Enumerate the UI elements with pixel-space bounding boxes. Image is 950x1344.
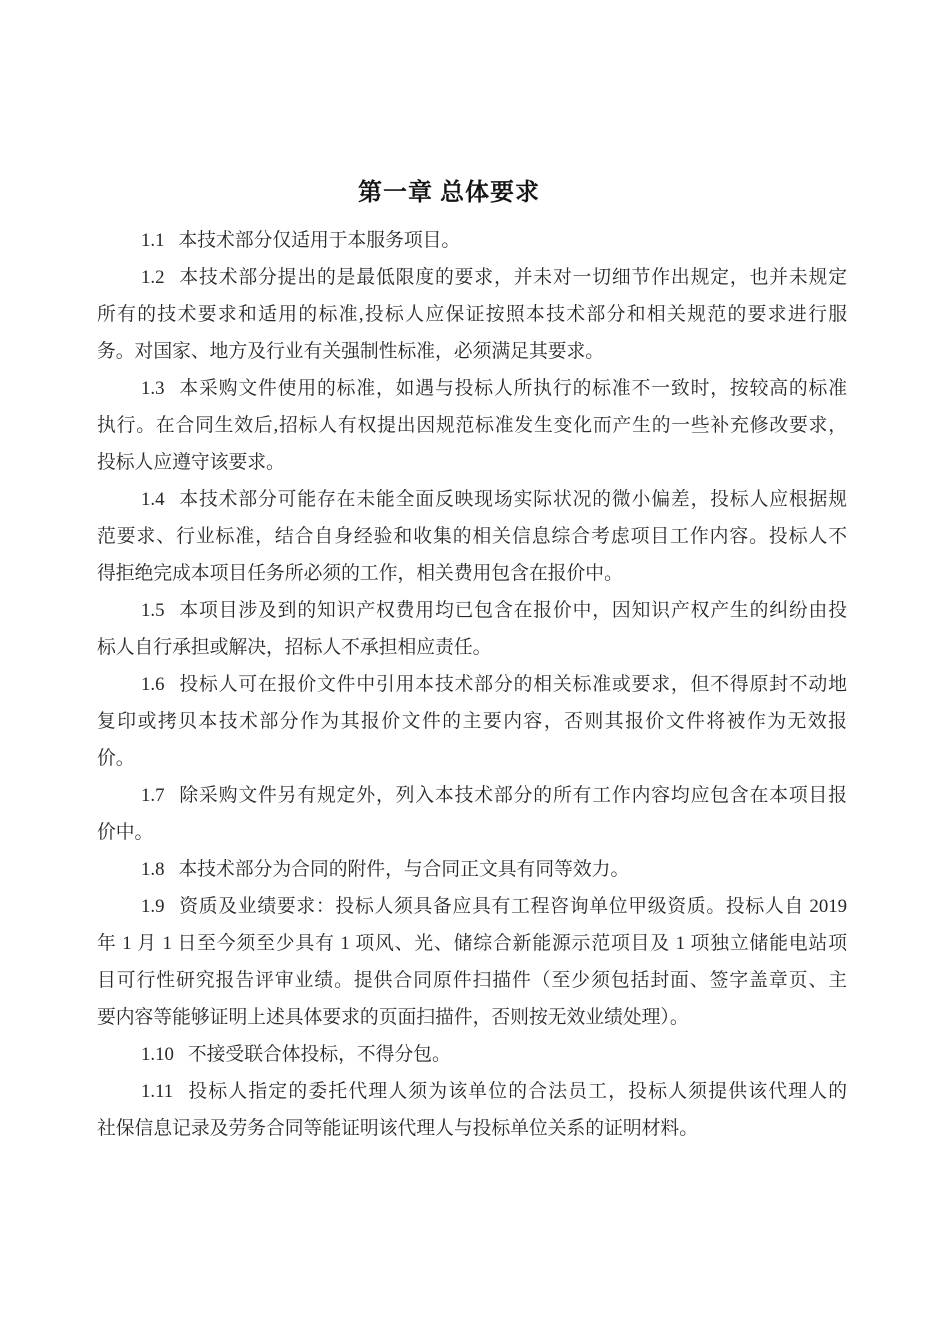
paragraph-1.8: 1.8本技术部分为合同的附件，与合同正文具有同等效力。 — [97, 851, 847, 888]
paragraph-line: 社保信息记录及劳务合同等能证明该代理人与投标单位关系的证明材料。 — [97, 1110, 847, 1147]
paragraph-1.2: 1.2本技术部分提出的是最低限度的要求，并未对一切细节作出规定，也并未规定所有的… — [97, 259, 847, 370]
paragraph-line: 1.1本技术部分仅适用于本服务项目。 — [97, 222, 847, 259]
paragraph-line: 1.4本技术部分可能存在未能全面反映现场实际状况的微小偏差，投标人应根据规 — [97, 481, 847, 518]
paragraph-line: 范要求、行业标准，结合自身经验和收集的相关信息综合考虑项目工作内容。投标人不 — [97, 518, 847, 555]
paragraph-number: 1.10 — [141, 1044, 174, 1065]
paragraph-1.5: 1.5本项目涉及到的知识产权费用均已包含在报价中，因知识产权产生的纠纷由投标人自… — [97, 592, 847, 666]
paragraph-number: 1.1 — [141, 230, 164, 251]
paragraph-text: 本技术部分提出的是最低限度的要求，并未对一切细节作出规定，也并未规定 — [178, 267, 847, 288]
paragraph-text: 本技术部分仅适用于本服务项目。 — [178, 230, 460, 251]
paragraph-text: 本项目涉及到的知识产权费用均已包含在报价中，因知识产权产生的纠纷由投 — [178, 600, 847, 621]
paragraph-number: 1.9 — [141, 896, 164, 917]
paragraph-line: 投标人应遵守该要求。 — [97, 444, 847, 481]
paragraph-line: 价。 — [97, 740, 847, 777]
paragraph-line: 1.10不接受联合体投标，不得分包。 — [97, 1036, 847, 1073]
paragraph-text: 本采购文件使用的标准，如遇与投标人所执行的标准不一致时，按较高的标准 — [178, 378, 847, 399]
paragraph-number: 1.4 — [141, 489, 164, 510]
paragraph-text: 投标人指定的委托代理人须为该单位的合法员工，投标人须提供该代理人的 — [187, 1081, 847, 1102]
paragraph-1.7: 1.7除采购文件另有规定外，列入本技术部分的所有工作内容均应包含在本项目报价中。 — [97, 777, 847, 851]
document-body: 1.1本技术部分仅适用于本服务项目。1.2本技术部分提出的是最低限度的要求，并未… — [97, 222, 847, 1147]
paragraph-line: 价中。 — [97, 814, 847, 851]
paragraph-1.1: 1.1本技术部分仅适用于本服务项目。 — [97, 222, 847, 259]
document-page: 第一章 总体要求 1.1本技术部分仅适用于本服务项目。1.2本技术部分提出的是最… — [0, 0, 950, 1344]
paragraph-number: 1.5 — [141, 600, 164, 621]
paragraph-line: 1.5本项目涉及到的知识产权费用均已包含在报价中，因知识产权产生的纠纷由投 — [97, 592, 847, 629]
paragraph-1.10: 1.10不接受联合体投标，不得分包。 — [97, 1036, 847, 1073]
paragraph-line: 1.11投标人指定的委托代理人须为该单位的合法员工，投标人须提供该代理人的 — [97, 1073, 847, 1110]
paragraph-1.4: 1.4本技术部分可能存在未能全面反映现场实际状况的微小偏差，投标人应根据规范要求… — [97, 481, 847, 592]
paragraph-number: 1.8 — [141, 859, 164, 880]
paragraph-line: 务。对国家、地方及行业有关强制性标准，必须满足其要求。 — [97, 333, 847, 370]
paragraph-line: 复印或拷贝本技术部分作为其报价文件的主要内容，否则其报价文件将被作为无效报 — [97, 703, 847, 740]
paragraph-number: 1.7 — [141, 785, 164, 806]
paragraph-line: 标人自行承担或解决，招标人不承担相应责任。 — [97, 629, 847, 666]
paragraph-number: 1.2 — [141, 267, 164, 288]
paragraph-number: 1.11 — [141, 1081, 173, 1102]
paragraph-line: 得拒绝完成本项目任务所必须的工作，相关费用包含在报价中。 — [97, 555, 847, 592]
paragraph-text: 本技术部分为合同的附件，与合同正文具有同等效力。 — [178, 859, 629, 880]
paragraph-number: 1.6 — [141, 674, 164, 695]
paragraph-line: 1.7除采购文件另有规定外，列入本技术部分的所有工作内容均应包含在本项目报 — [97, 777, 847, 814]
paragraph-number: 1.3 — [141, 378, 164, 399]
paragraph-1.6: 1.6投标人可在报价文件中引用本技术部分的相关标准或要求，但不得原封不动地复印或… — [97, 666, 847, 777]
paragraph-1.11: 1.11投标人指定的委托代理人须为该单位的合法员工，投标人须提供该代理人的社保信… — [97, 1073, 847, 1147]
paragraph-line: 要内容等能够证明上述具体要求的页面扫描件，否则按无效业绩处理）。 — [97, 999, 847, 1036]
paragraph-text: 不接受联合体投标，不得分包。 — [188, 1044, 451, 1065]
paragraph-line: 年 1 月 1 日至今须至少具有 1 项风、光、储综合新能源示范项目及 1 项独… — [97, 925, 847, 962]
paragraph-line: 执行。在合同生效后,招标人有权提出因规范标准发生变化而产生的一些补充修改要求， — [97, 407, 847, 444]
paragraph-line: 1.6投标人可在报价文件中引用本技术部分的相关标准或要求，但不得原封不动地 — [97, 666, 847, 703]
paragraph-text: 资质及业绩要求：投标人须具备应具有工程咨询单位甲级资质。投标人自 2019 — [178, 896, 847, 917]
paragraph-text: 本技术部分可能存在未能全面反映现场实际状况的微小偏差，投标人应根据规 — [178, 489, 847, 510]
paragraph-line: 目可行性研究报告评审业绩。提供合同原件扫描件（至少须包括封面、签字盖章页、主 — [97, 962, 847, 999]
paragraph-line: 所有的技术要求和适用的标准,投标人应保证按照本技术部分和相关规范的要求进行服 — [97, 296, 847, 333]
paragraph-text: 投标人可在报价文件中引用本技术部分的相关标准或要求，但不得原封不动地 — [178, 674, 847, 695]
paragraph-1.3: 1.3本采购文件使用的标准，如遇与投标人所执行的标准不一致时，按较高的标准执行。… — [97, 370, 847, 481]
document-content: 第一章 总体要求 1.1本技术部分仅适用于本服务项目。1.2本技术部分提出的是最… — [97, 178, 847, 1147]
paragraph-line: 1.3本采购文件使用的标准，如遇与投标人所执行的标准不一致时，按较高的标准 — [97, 370, 847, 407]
chapter-title: 第一章 总体要求 — [97, 178, 847, 208]
paragraph-line: 1.9资质及业绩要求：投标人须具备应具有工程咨询单位甲级资质。投标人自 2019 — [97, 888, 847, 925]
paragraph-line: 1.2本技术部分提出的是最低限度的要求，并未对一切细节作出规定，也并未规定 — [97, 259, 847, 296]
paragraph-line: 1.8本技术部分为合同的附件，与合同正文具有同等效力。 — [97, 851, 847, 888]
paragraph-text: 除采购文件另有规定外，列入本技术部分的所有工作内容均应包含在本项目报 — [178, 785, 847, 806]
paragraph-1.9: 1.9资质及业绩要求：投标人须具备应具有工程咨询单位甲级资质。投标人自 2019… — [97, 888, 847, 1036]
